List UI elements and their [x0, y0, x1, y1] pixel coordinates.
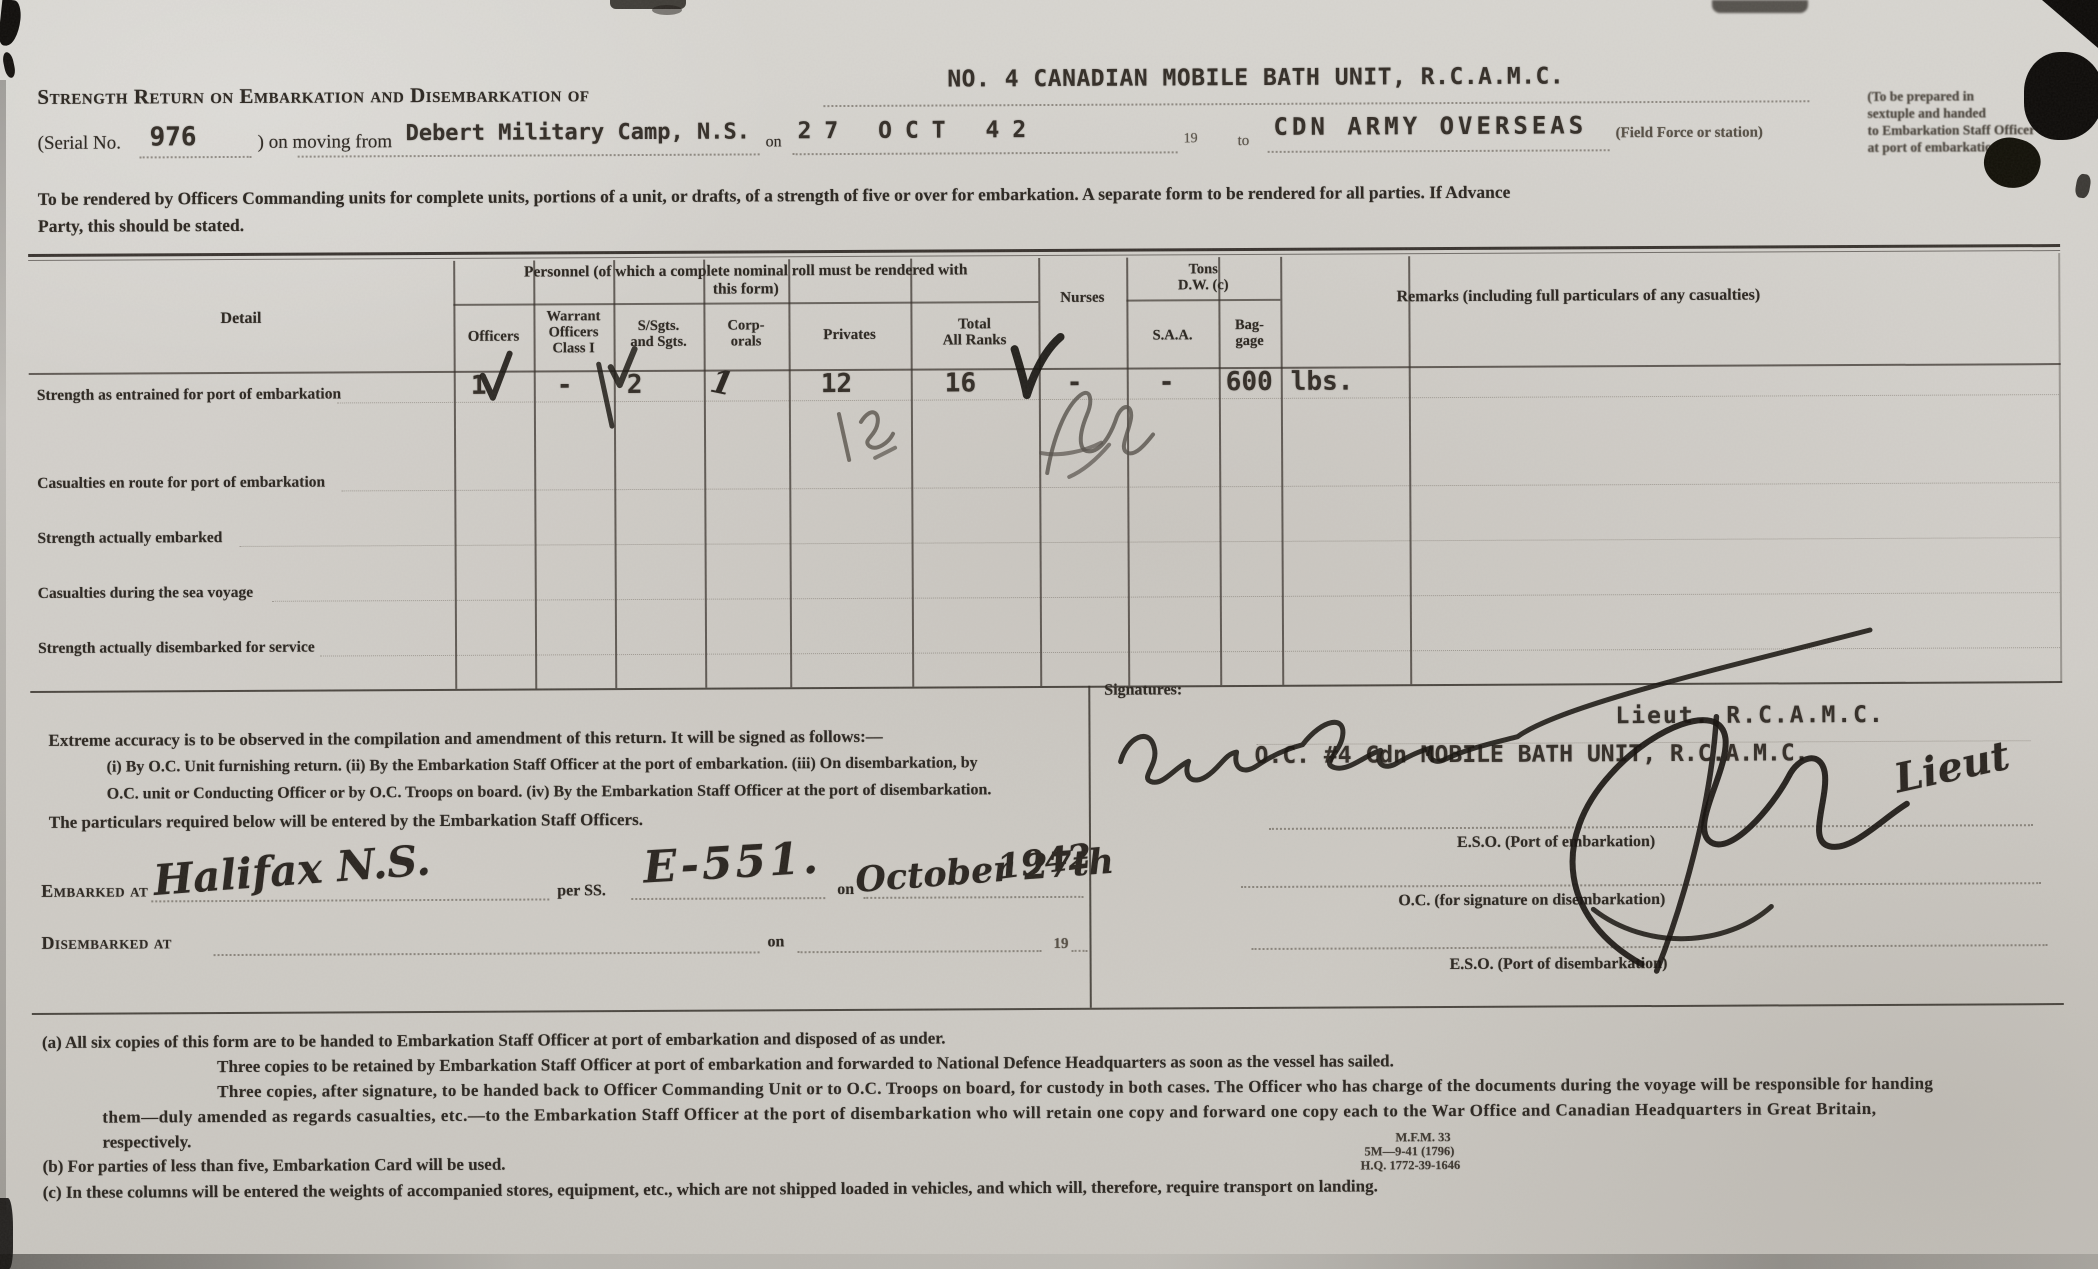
serial-label: (Serial No.: [38, 133, 121, 155]
accuracy-line3: O.C. unit or Conducting Officer or by O.…: [107, 781, 992, 803]
scan-smudge-top-right: [1712, 0, 1808, 13]
field-force-label: (Field Force or station): [1616, 125, 1763, 143]
destination-typed: CDN ARMY OVERSEAS: [1273, 111, 1587, 141]
row-label-actually-embarked: Strength actually embarked: [37, 529, 222, 548]
footnote-a2: Three copies to be retained by Embarkati…: [217, 1051, 1394, 1077]
form-title-label: Strength Return on Embarkation and Disem…: [37, 82, 589, 110]
pencil-scribble-nurses-1: [1047, 393, 1153, 473]
accuracy-line1: Extreme accuracy is to be observed in th…: [48, 727, 882, 751]
check-ssgts-header-icon: [611, 349, 635, 385]
footnote-a3: Three copies, after signature, to be han…: [217, 1074, 1933, 1102]
value-baggage: 600: [1226, 367, 1273, 397]
moving-from-dotted-line: [298, 153, 760, 157]
scanned-strength-return-form: Strength Return on Embarkation and Disem…: [0, 0, 2098, 1269]
pencil-mark-privates-1: [839, 414, 849, 460]
personnel-underline: [453, 301, 1038, 306]
check-total-icon: [1015, 337, 1061, 395]
ink-blot-right-edge: [2024, 52, 2098, 140]
tons-group-header: Tons D.W. (c): [1126, 261, 1280, 294]
footnote-b: (b) For parties of less than five, Embar…: [43, 1155, 506, 1177]
ship-line: [631, 897, 825, 900]
print-code-3: H.Q. 1772-39-1646: [1361, 1158, 1461, 1173]
disembarked-place-line: [214, 951, 760, 956]
disembarked-at-label: Disembarked at: [41, 932, 172, 954]
scan-left-edge-shadow: [0, 80, 6, 1210]
date-dotted-line: [793, 151, 1178, 155]
row-label-disembarked-service: Strength actually disembarked for servic…: [38, 639, 315, 658]
print-code-1: M.F.M. 33: [1395, 1130, 1450, 1145]
moving-from-label: ) on moving from: [258, 131, 393, 154]
on-label: on: [766, 133, 782, 151]
value-baggage-unit: lbs.: [1291, 367, 1354, 397]
table-handwritten-marks: [428, 324, 1189, 508]
moving-from-place-typed: Debert Military Camp, N.S.: [405, 119, 749, 146]
footnote-a5: respectively.: [102, 1132, 191, 1152]
year-prefix: 19: [1184, 131, 1198, 147]
title-dotted-line: [823, 100, 1809, 107]
to-label: to: [1238, 133, 1250, 150]
disembark-year-prefix: 19: [1053, 936, 1068, 953]
embark-on-label: on: [837, 881, 854, 899]
footnote-c: (c) In these columns will be entered the…: [43, 1176, 1378, 1203]
slash-ssgts-icon: [599, 364, 612, 426]
detail-header: Detail: [28, 309, 453, 329]
row-label-entrained: Strength as entrained for port of embark…: [37, 385, 341, 404]
row4-leader: [272, 592, 2060, 602]
check-officers-icon: [483, 354, 510, 398]
scan-bottom-edge-shadow: [0, 1254, 2098, 1269]
personnel-group-header: Personnel (of which a complete nominal r…: [453, 261, 1038, 300]
unit-name-typed: NO. 4 CANADIAN MOBILE BATH UNIT, R.C.A.M…: [947, 63, 1564, 92]
baggage-col-header: Bag- gage: [1218, 317, 1280, 349]
footnote-a4: them—duly amended as regards casualties,…: [102, 1099, 1876, 1128]
pencil-mark-privates-2: [861, 412, 893, 448]
eso-signature-icon-swoosh: [1593, 906, 1771, 939]
scan-smudge-top-center-2: [652, 5, 682, 15]
serial-dotted-line: [140, 156, 252, 159]
oc-signature-icon: [1120, 630, 1871, 782]
per-ss-label: per SS.: [557, 882, 606, 900]
disembark-on-label: on: [767, 933, 784, 951]
row3-leader: [240, 537, 2060, 547]
render-instruction-line2: Party, this should be stated.: [38, 215, 244, 237]
disembark-date-line: [798, 950, 1042, 953]
moving-date-typed: 27 OCT 42: [797, 117, 1039, 144]
footnote-a1: (a) All six copies of this form are to b…: [42, 1029, 946, 1053]
destination-dotted-line: [1268, 149, 1610, 153]
ship-number-handwriting: E-551.: [642, 833, 822, 894]
row-label-casualties-voyage: Casualties during the sea voyage: [38, 584, 253, 603]
accuracy-line2: (i) By O.C. Unit furnishing return. (ii)…: [107, 754, 978, 776]
render-instruction-line1: To be rendered by Officers Commanding un…: [38, 182, 1511, 210]
embarked-place-handwriting: Halifax N.S.: [152, 835, 432, 905]
remarks-col-header: Remarks (including full particulars of a…: [1298, 286, 1858, 307]
nurses-col-header: Nurses: [1038, 290, 1126, 307]
tons-underline: [1126, 299, 1280, 302]
signature-strokes: [1080, 607, 2082, 1012]
row-label-casualties-en-route: Casualties en route for port of embarkat…: [37, 474, 325, 493]
embarked-at-label: Embarked at: [41, 880, 148, 902]
accuracy-line4: The particulars required below will be e…: [49, 810, 643, 833]
serial-number-typed: 976: [149, 122, 196, 152]
